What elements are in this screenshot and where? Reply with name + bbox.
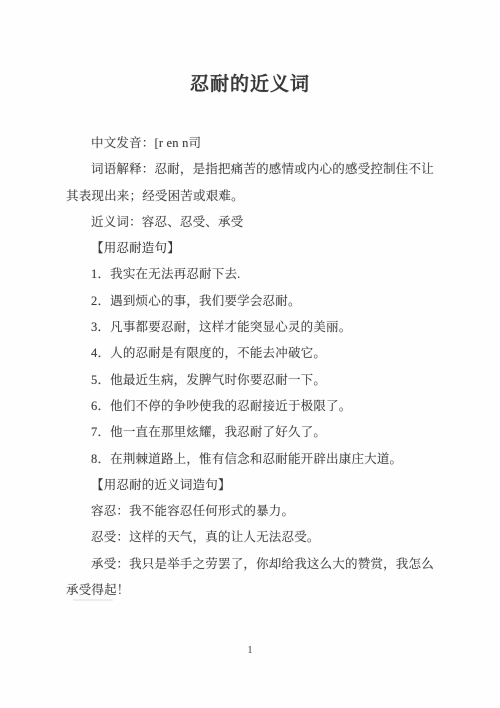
example-sentence-7: 7．他一直在那里炫耀，我忍耐了好久了。 xyxy=(66,419,442,445)
definition-line: 词语解释：忍耐，是指把痛苦的感情或内心的感受控制住不让其表现出来；经受困苦或艰难… xyxy=(66,156,442,209)
scan-artifact xyxy=(73,599,113,601)
section-heading-sentences: 【用忍耐造句】 xyxy=(66,235,442,261)
example-sentence-2: 2．遇到烦心的事，我们要学会忍耐。 xyxy=(66,288,442,314)
example-sentence-3: 3．凡事都要忍耐，这样才能突显心灵的美丽。 xyxy=(66,314,442,340)
synonyms-line: 近义词：容忍、忍受、承受 xyxy=(66,209,442,235)
example-sentence-5: 5．他最近生病，发脾气时你要忍耐一下。 xyxy=(66,367,442,393)
page-number: 1 xyxy=(0,645,500,656)
document-title: 忍耐的近义词 xyxy=(0,72,500,98)
example-sentence-8: 8．在荆棘道路上，惟有信念和忍耐能开辟出康庄大道。 xyxy=(66,446,442,472)
synonym-sentence-chengshou: 承受：我只是举手之劳罢了，你却给我这么大的赞赏，我怎么承受得起！ xyxy=(66,551,442,604)
example-sentence-1: 1．我实在无法再忍耐下去. xyxy=(66,261,442,287)
document-page: 忍耐的近义词 中文发音：[r en n司 词语解释：忍耐，是指把痛苦的感情或内心… xyxy=(0,0,500,708)
section-heading-synonym-sentences: 【用忍耐的近义词造句】 xyxy=(66,472,442,498)
example-sentence-4: 4．人的忍耐是有限度的，不能去冲破它。 xyxy=(66,340,442,366)
pronunciation-line: 中文发音：[r en n司 xyxy=(66,130,442,156)
example-sentence-6: 6．他们不停的争吵使我的忍耐接近于极限了。 xyxy=(66,393,442,419)
document-body: 中文发音：[r en n司 词语解释：忍耐，是指把痛苦的感情或内心的感受控制住不… xyxy=(66,130,442,603)
synonym-sentence-renshou: 忍受：这样的天气，真的让人无法忍受。 xyxy=(66,524,442,550)
synonym-sentence-rongren: 容忍：我不能容忍任何形式的暴力。 xyxy=(66,498,442,524)
